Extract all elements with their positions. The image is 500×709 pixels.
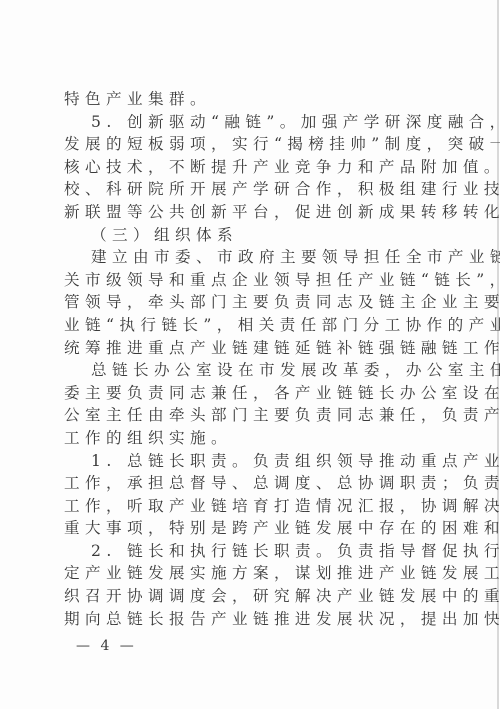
text-line: 总链长办公室设在市发展改革委，办公室主任由市发展改革: [64, 359, 448, 382]
text-line: 定产业链发展实施方案，谋划推进产业链发展工作任务落实；组: [64, 562, 448, 585]
document-page: 特色产业集群。 5. 创新驱动“融链”。加强产学研深度融合，针对制约产业链 发展…: [0, 0, 499, 709]
text-line: 发展的短板弱项，实行“揭榜挂帅”制度，突破一批产业链关键: [64, 133, 448, 156]
text-line: 核心技术，不断提升产业竞争力和产品附加值。引导企业联合高: [64, 156, 448, 179]
text-line: 业链“执行链长”，相关责任部门分工协作的产业链链长制，负责: [64, 314, 448, 337]
section-heading: （三）组织体系: [64, 224, 448, 247]
text-line: 织召开协调调度会，研究解决产业链发展中的重点难点问题；定: [64, 585, 448, 608]
text-line: 校、科研院所开展产学研合作，积极组建行业技术中心、产业创: [64, 178, 448, 201]
text-line: 工作的组织实施。: [64, 427, 448, 450]
text-line: 特色产业集群。: [64, 88, 448, 111]
text-line: 5. 创新驱动“融链”。加强产学研深度融合，针对制约产业链: [64, 111, 448, 134]
text-line: 公室主任由牵头部门主要负责同志兼任，负责产业链链长制具体: [64, 404, 448, 427]
text-line: 工作，承担总督导、总调度、总协调职责；负责指导、督促链长: [64, 472, 448, 495]
text-line: 建立由市委、市政府主要领导担任全市产业链“总链长”，相: [64, 246, 448, 269]
text-line: 委主要负责同志兼任，各产业链链长办公室设在各牵头部门，办: [64, 382, 448, 405]
text-line: 管领导，牵头部门主要负责同志及链主企业主要负责同志担任产: [64, 291, 448, 314]
text-line: 期向总链长报告产业链推进发展状况，提出加快产业链发展的政: [64, 608, 448, 631]
text-line: 1. 总链长职责。负责组织领导推动重点产业集群及产业发展: [64, 450, 448, 473]
text-line: 关市级领导和重点企业领导担任产业链“链长”，市委、市政府分: [64, 269, 448, 292]
text-line: 统筹推进重点产业链建链延链补链强链融链工作。: [64, 337, 448, 360]
text-line: 工作，听取产业链培育打造情况汇报，协调解决链长制落实中的: [64, 495, 448, 518]
page-number: — 4 —: [76, 638, 137, 654]
text-line: 新联盟等公共创新平台，促进创新成果转移转化。: [64, 201, 448, 224]
document-body: 特色产业集群。 5. 创新驱动“融链”。加强产学研深度融合，针对制约产业链 发展…: [64, 88, 448, 630]
text-line: 重大事项，特别是跨产业链发展中存在的困难和问题。: [64, 517, 448, 540]
text-line: 2. 链长和执行链长职责。负责指导督促执行链长部门研究制: [64, 540, 448, 563]
